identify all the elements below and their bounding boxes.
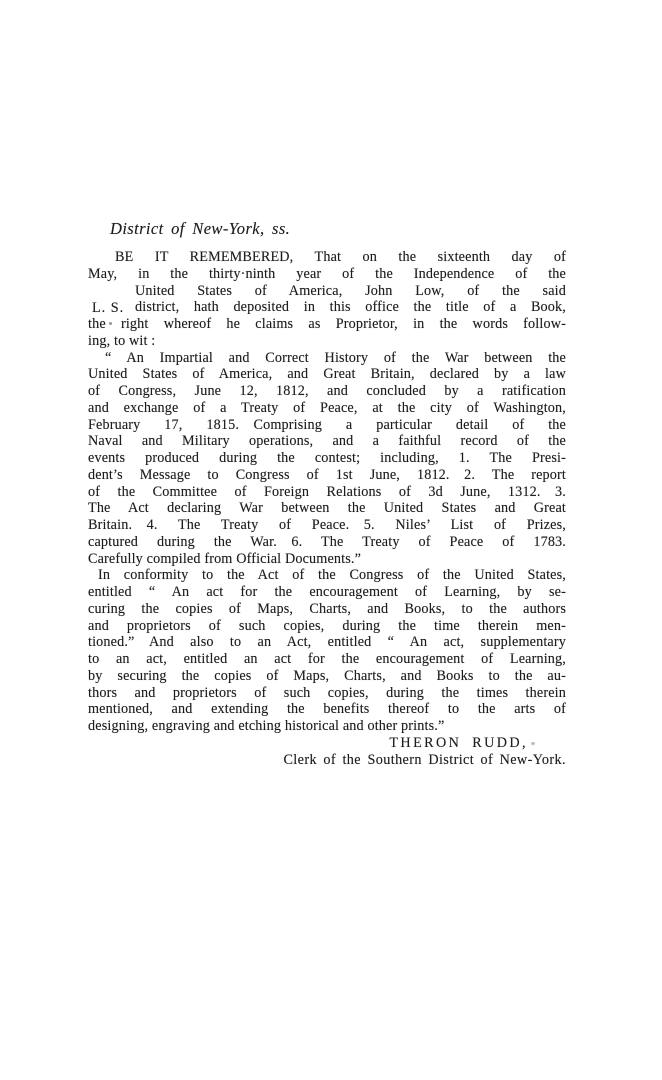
body-line: the right whereof he claims as Proprieto… (88, 316, 566, 333)
body-line: entitled “ An act for the encouragement … (88, 584, 566, 601)
body-line: The Act declaring War between the United… (88, 500, 566, 517)
body-line: district, hath deposited in this office … (88, 299, 566, 316)
signature-title: Clerk of the Southern District of New-Yo… (88, 752, 566, 769)
body-line: dent’s Message to Congress of 1st June, … (88, 467, 566, 484)
body-line: Naval and Military operations, and a fai… (88, 433, 566, 450)
body-line: events produced during the contest; incl… (88, 450, 566, 467)
body-line: mentioned, and extending the benefits th… (88, 701, 566, 718)
body-line: curing the copies of Maps, Charts, and B… (88, 601, 566, 618)
seal-mark: L. S. (92, 300, 124, 317)
body-line: BE IT REMEMBERED, That on the sixteenth … (88, 249, 566, 266)
body-line: captured during the War. 6. The Treaty o… (88, 534, 566, 551)
body-line: February 17, 1815. Comprising a particul… (88, 417, 566, 434)
body-line: United States of America, and Great Brit… (88, 366, 566, 383)
body-line: “ An Impartial and Correct History of th… (88, 350, 566, 367)
ink-speck (109, 322, 112, 325)
body-line: Britain. 4. The Treaty of Peace. 5. Nile… (88, 517, 566, 534)
body-line: and exchange of a Treaty of Peace, at th… (88, 400, 566, 417)
ink-speck (531, 742, 535, 745)
body-line: United States of America, John Low, of t… (88, 283, 566, 300)
body-line: May, in the thirty·ninth year of the Ind… (88, 266, 566, 283)
document-heading: District of New-York, ss. (110, 219, 290, 239)
body-line: tioned.” And also to an Act, entitled “ … (88, 634, 566, 651)
body-line: In conformity to the Act of the Congress… (88, 567, 566, 584)
body-line: of Congress, June 12, 1812, and conclude… (88, 383, 566, 400)
body-line: of the Committee of Foreign Relations of… (88, 484, 566, 501)
scanned-page: District of New-York, ss. L. S. BE IT RE… (0, 0, 662, 1080)
body-line: designing, engraving and etching histori… (88, 718, 566, 735)
body-line: ing, to wit : (88, 333, 566, 350)
signature-name: THERON RUDD, (88, 735, 566, 752)
body-line: to an act, entitled an act for the encou… (88, 651, 566, 668)
body-line: thors and proprietors of such copies, du… (88, 685, 566, 702)
body-line: by securing the copies of Maps, Charts, … (88, 668, 566, 685)
body-line: and proprietors of such copies, during t… (88, 618, 566, 635)
text-block: L. S. BE IT REMEMBERED, That on the sixt… (88, 249, 566, 768)
body-line: Carefully compiled from Official Documen… (88, 551, 566, 568)
